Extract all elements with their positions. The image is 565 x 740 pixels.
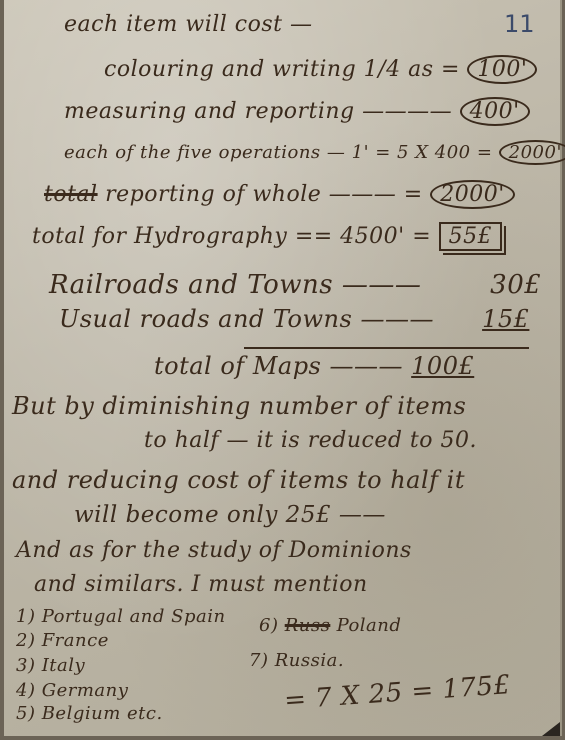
line-measuring: measuring and reporting ———— 400' [64,97,530,126]
torn-corner [542,722,560,736]
line-intro: each item will cost — [64,12,313,37]
line-study-dominions: And as for the study of Dominions [16,538,412,563]
line-reporting-whole: total reporting of whole ——— = 2000' [44,180,515,209]
list-item-2: 2) France [16,630,109,651]
line-colouring: colouring and writing 1/4 as = 100' [104,55,537,84]
line-total-maps: total of Maps ——— 100£ [154,352,474,380]
circled-value: 2000' [499,140,565,165]
line-usual-roads: Usual roads and Towns ——— 15£ [59,305,529,333]
struck-word: total [44,182,98,207]
line-reducing-cost: and reducing cost of items to half it [12,466,465,494]
list-item-3: 3) Italy [16,655,85,676]
folio-number: 11 [504,10,535,38]
struck-word: Russ [285,615,331,636]
list-item-5: 5) Belgium etc. [16,703,163,724]
sum-rule [244,347,529,349]
line-to-half: to half — it is reduced to 50. [144,428,477,453]
line-but-diminishing: But by diminishing number of items [12,392,466,420]
line-operations: each of the five operations — 1' = 5 X 4… [64,140,565,165]
boxed-total: 55£ [439,222,503,251]
list-item-1: 1) Portugal and Spain [16,606,226,627]
manuscript-page: 11 each item will cost — colouring and w… [4,0,562,736]
circled-value: 2000' [430,180,515,209]
line-railroads: Railroads and Towns ——— 30£ [49,270,541,300]
circled-value: 100' [467,55,537,84]
list-item-4: 4) Germany [16,680,128,701]
line-must-mention: and similars. I must mention [34,572,368,597]
list-item-7: 7) Russia. [249,650,344,671]
line-only-25: will become only 25£ —— [74,502,386,528]
final-calculation: = 7 X 25 = 175£ [283,670,511,716]
list-item-6: 6) Russ Poland [259,615,401,636]
circled-value: 400' [460,97,530,126]
line-total-hydrography: total for Hydrography == 4500' = 55£ [32,222,502,251]
